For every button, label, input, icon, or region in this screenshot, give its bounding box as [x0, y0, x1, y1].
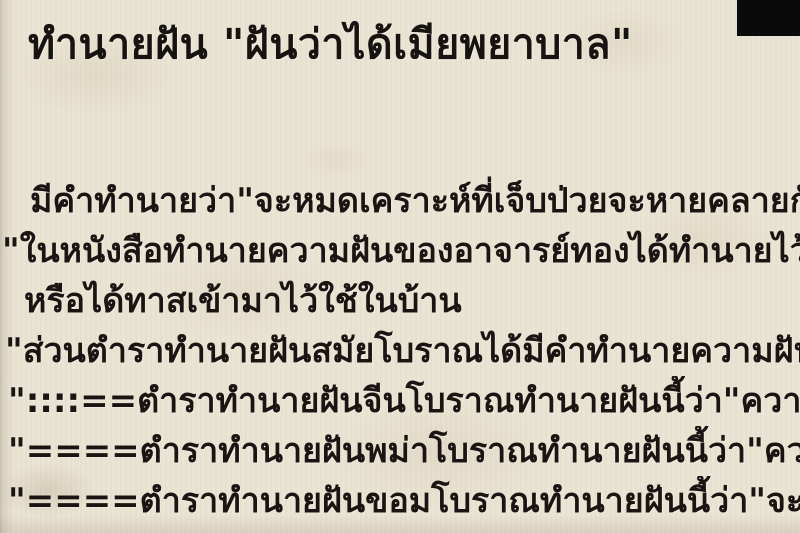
corner-black-box	[737, 0, 800, 36]
body-line: "====ตำราทำนายฝันพม่าโบราณทำนายฝันนี้ว่า…	[0, 426, 800, 476]
body-text: มีคำทำนายว่า"จะหมดเคราะห์ที่เจ็บป่วยจะหา…	[0, 176, 800, 533]
body-line: "::::==ตำราทำนายฝันจีนโบราณทำนายฝันนี้ว่…	[0, 376, 800, 426]
body-line: "ในหนังสือทำนายความฝันของอาจารย์ทองได้ทำ…	[0, 226, 800, 276]
body-line: มีคำทำนายว่า"จะหมดเคราะห์ที่เจ็บป่วยจะหา…	[0, 176, 800, 226]
page-background: ทำนายฝัน "ฝันว่าได้เมียพยาบาล" มีคำทำนาย…	[0, 0, 800, 533]
body-line: "====ตำราทำนายฝันขอมโบราณทำนายฝันนี้ว่า"…	[0, 476, 800, 526]
page-title: ทำนายฝัน "ฝันว่าได้เมียพยาบาล"	[28, 14, 720, 74]
body-line: หรือได้ทาสเข้ามาไว้ใช้ในบ้าน	[0, 276, 800, 326]
body-line: "ส่วนตำราทำนายฝันสมัยโบราณได้มีคำทำนายคว…	[0, 326, 800, 376]
